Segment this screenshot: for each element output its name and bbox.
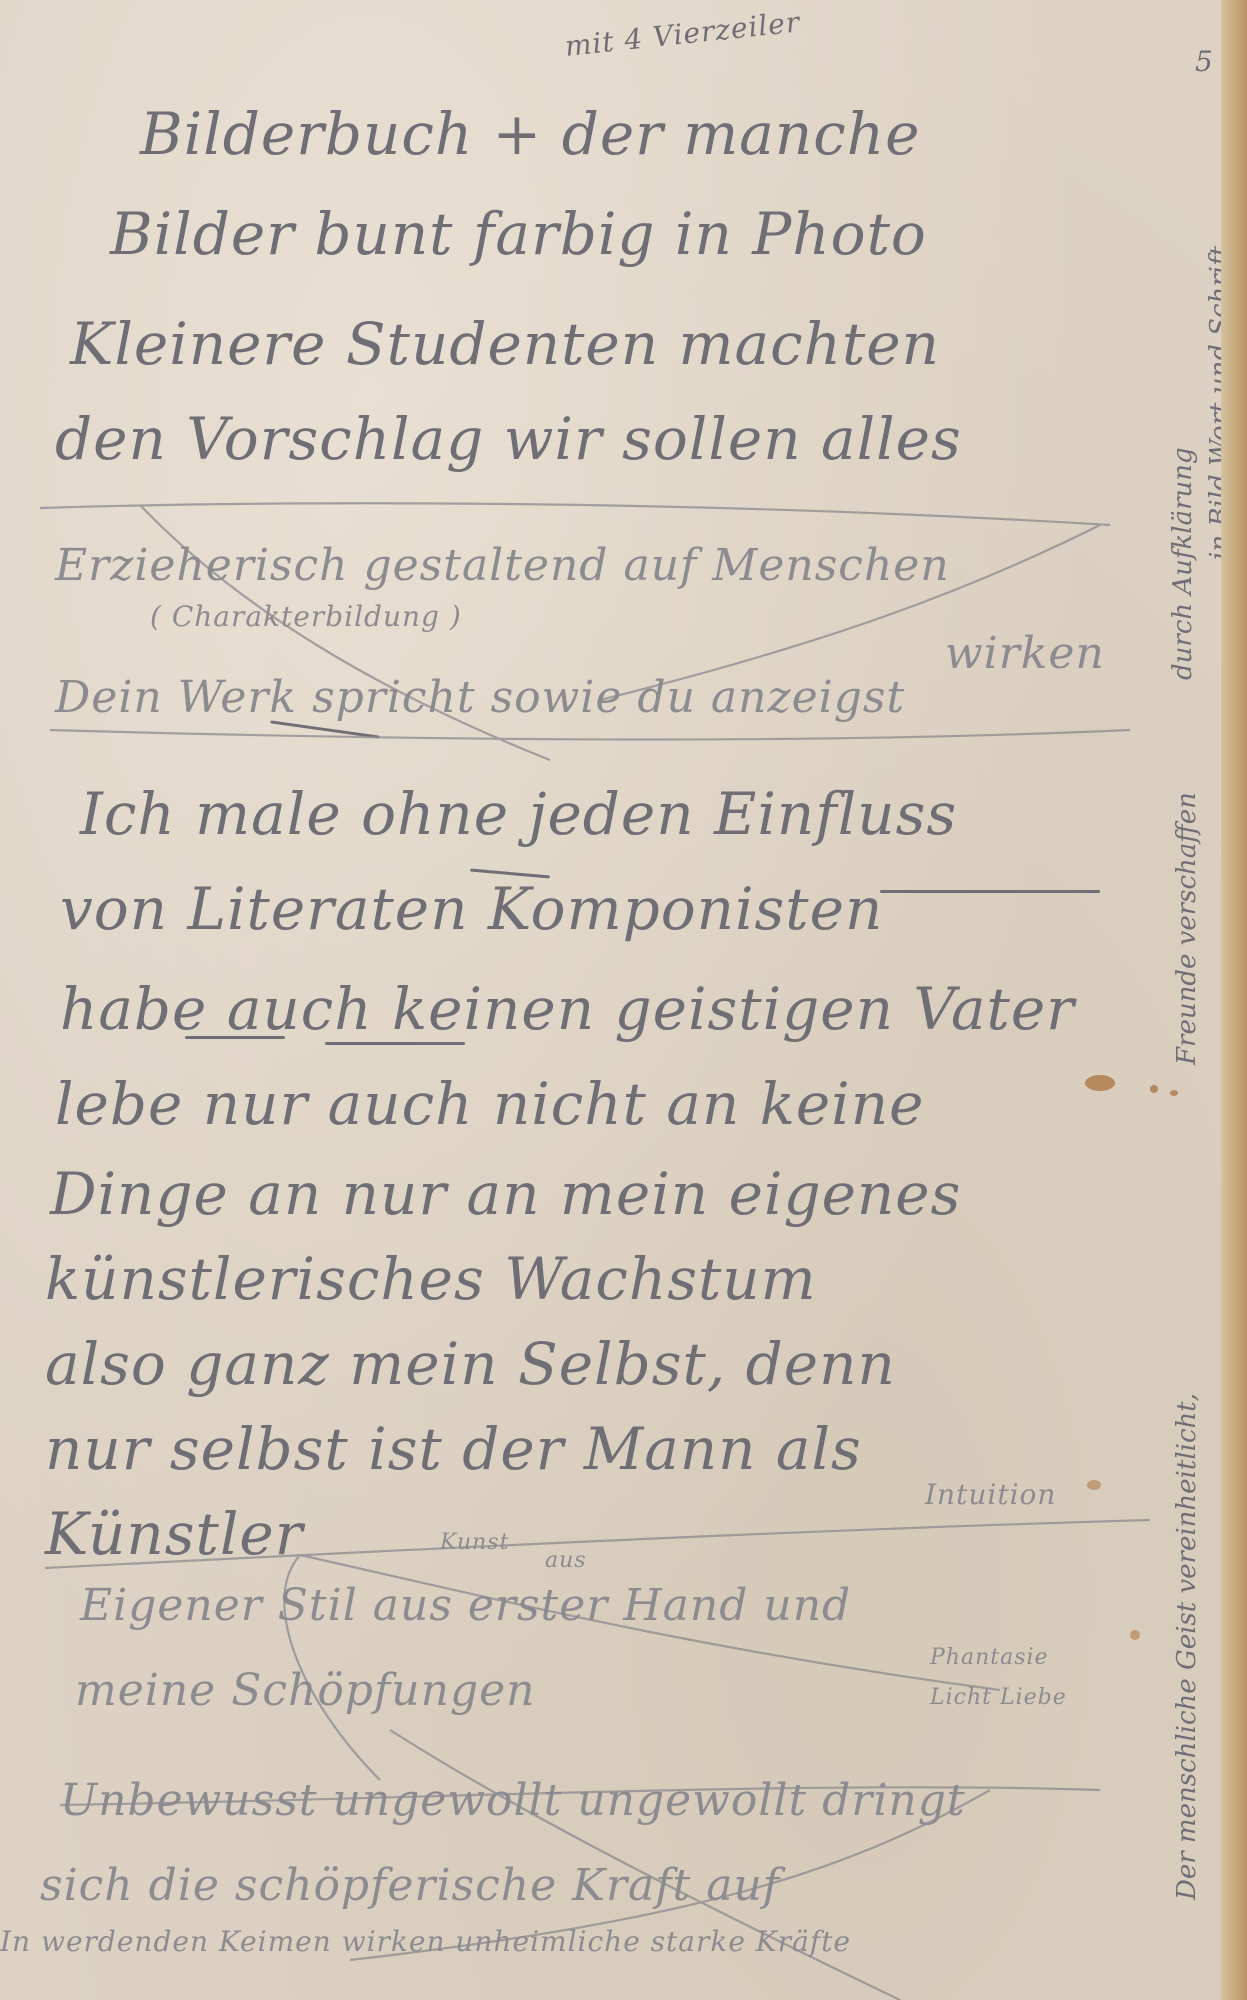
margin-note-der-menschliche-geist: Der menschliche Geist vereinheitlicht, <box>1172 1393 1202 1900</box>
insert-kunst: Kunst <box>440 1530 509 1555</box>
line-3: Kleinere Studenten machten <box>70 310 940 378</box>
line-bottom: In werdenden Keimen wirken unheimliche s… <box>0 1925 851 1958</box>
line-14: künstlerisches Wachstum <box>45 1245 817 1313</box>
line-15: also ganz mein Selbst, denn <box>45 1330 896 1398</box>
line-schoepferische-kraft: sich die schöpferische Kraft auf <box>40 1860 780 1911</box>
line-5-struck: Erzieherisch gestaltend auf Menschen <box>55 540 950 591</box>
line-9: Ich male ohne jeden Einfluss <box>80 780 957 848</box>
line-7-inserted: wirken <box>945 628 1105 679</box>
line-12: lebe nur auch nicht an keine <box>55 1070 924 1138</box>
page-edge <box>1221 0 1247 2000</box>
annotation-intuition: Intuition <box>925 1478 1056 1511</box>
stain <box>1150 1085 1158 1093</box>
line-unbewusst: Unbewusst ungewollt ungewollt dringt <box>60 1775 966 1826</box>
underline-einfluss <box>880 890 1100 893</box>
insert-aus: aus <box>545 1548 587 1573</box>
margin-note-freunde: Freunde verschaffen <box>1172 792 1202 1065</box>
underline-keinen-2 <box>325 1042 465 1045</box>
line-10: von Literaten Komponisten <box>60 875 883 943</box>
line-16: nur selbst ist der Mann als <box>45 1415 862 1483</box>
line-6-inserted: ( Charakterbildung ) <box>150 600 462 633</box>
stain <box>1170 1090 1178 1096</box>
underline-keinen <box>185 1036 285 1039</box>
stain <box>1085 1075 1115 1091</box>
line-schoepfungen: meine Schöpfungen <box>75 1665 535 1716</box>
line-2: Bilder bunt farbig in Photo <box>110 200 927 268</box>
underline-werk <box>270 720 379 738</box>
stain <box>1130 1630 1140 1640</box>
line-11: habe auch keinen geistigen Vater <box>60 975 1075 1043</box>
stain <box>1087 1480 1101 1490</box>
insert-licht-liebe: Licht Liebe <box>930 1685 1067 1710</box>
corner-mark: 5 <box>1195 45 1214 78</box>
insertion-mit: mit 4 Vierzeiler <box>563 5 801 63</box>
line-13: Dinge an nur an mein eigenes <box>50 1160 961 1228</box>
line-4: den Vorschlag wir sollen alles <box>55 405 962 473</box>
line-1: Bilderbuch + der manche <box>140 100 920 168</box>
insert-phantasie: Phantasie <box>930 1645 1049 1670</box>
margin-note-durch-aufklaerung: durch Aufklärung <box>1168 447 1198 680</box>
line-8-struck: Dein Werk spricht sowie du anzeigst <box>55 672 905 723</box>
line-17: Künstler <box>45 1500 303 1568</box>
line-eigener-stil: Eigener Stil aus erster Hand und <box>80 1580 851 1631</box>
manuscript-page: mit 4 Vierzeiler 5 Bilderbuch + der manc… <box>0 0 1228 2000</box>
